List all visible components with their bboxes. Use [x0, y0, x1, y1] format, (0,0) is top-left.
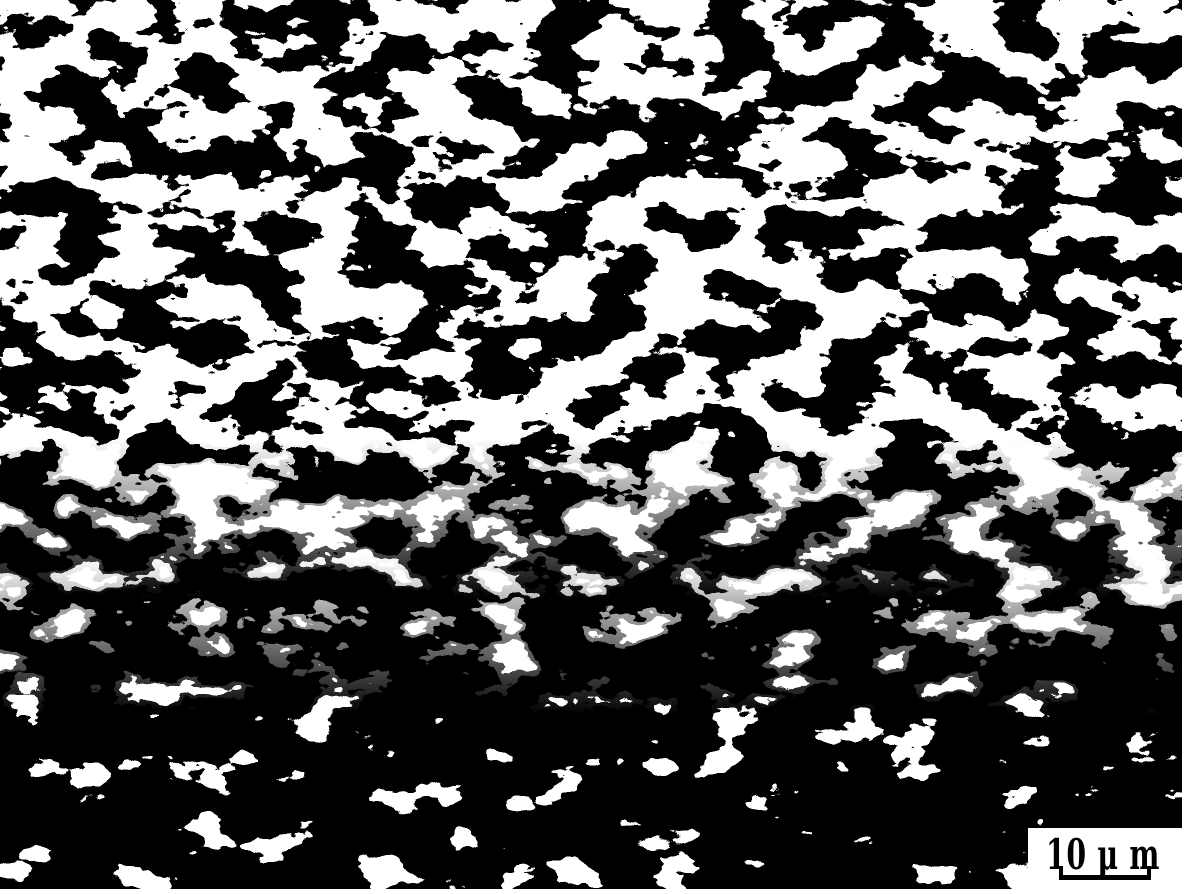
image-border-right [1182, 0, 1187, 894]
scale-bar-tick-left [1059, 866, 1063, 880]
scale-bar-line [1059, 875, 1151, 880]
scale-bar-tick-right [1147, 866, 1151, 880]
micrograph-texture-dense [0, 0, 1187, 894]
micrograph: 10 μ m [0, 0, 1187, 894]
scale-bar: 10 μ m [1028, 828, 1187, 894]
scale-bar-label: 10 μ m [1046, 830, 1160, 879]
micrograph-canvas: 10 μ m [0, 0, 1187, 894]
image-border-bottom [0, 889, 1187, 894]
